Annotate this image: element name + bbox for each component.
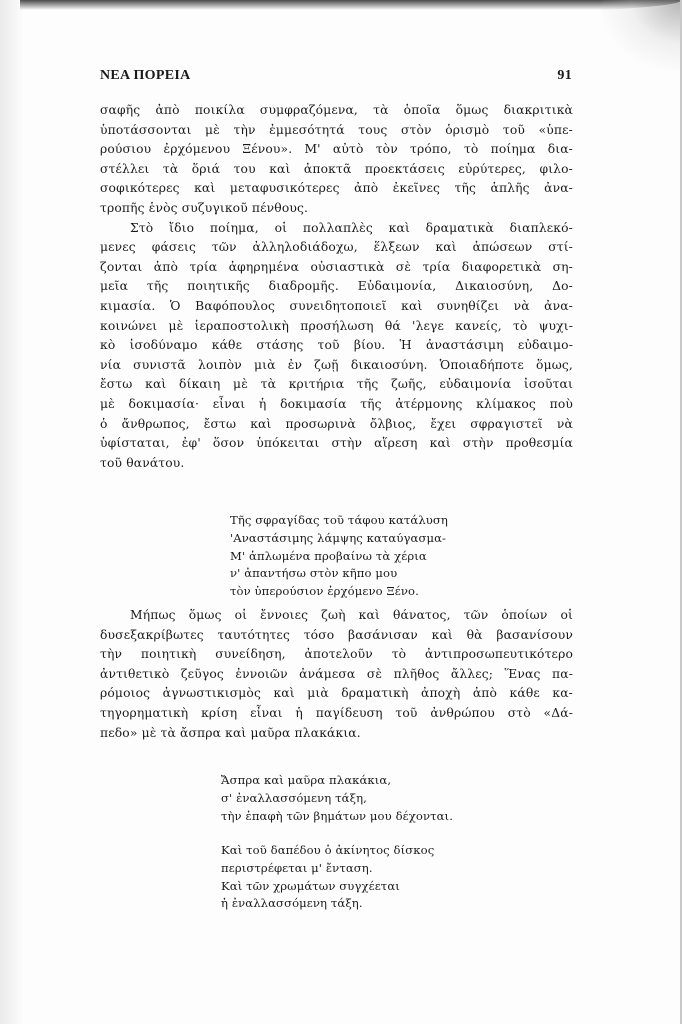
verse-line: περιστρέφεται μ' ἔνταση. (221, 860, 434, 878)
scan-shadow-corner (602, 0, 682, 70)
verse-line: ἡ ἐναλλασσόμενη τάξη. (221, 895, 434, 913)
verse-line: τὸν ὑπερούσιον ἐρχόμενο Ξένο. (230, 583, 448, 601)
text-line: ὑφίσταται, ἐφ' ὅσον ὑπόκειται στὴν αἵρεσ… (100, 434, 573, 454)
book-page: ΝΕΑ ΠΟΡΕΙΑ 91 σαφῆς ἀπὸ ποικίλα συμφραζό… (0, 0, 682, 1024)
running-header: ΝΕΑ ΠΟΡΕΙΑ 91 (100, 68, 572, 84)
body-text-section-1: σαφῆς ἀπὸ ποικίλα συμφραζόμενα, τὰ ὁποῖα… (100, 101, 573, 473)
page-number: 91 (557, 68, 572, 84)
paragraph-3: Μήπως ὅμως οἱ ἔννοιες ζωὴ καὶ θάνατος, τ… (100, 606, 573, 743)
text-line: ρόμοιος ἀγνωστικισμὸς καὶ μιὰ δραματικὴ … (100, 684, 573, 704)
paragraph-1: σαφῆς ἀπὸ ποικίλα συμφραζόμενα, τὰ ὁποῖα… (100, 101, 573, 219)
text-line: ὑποτάσσονται μὲ τὴν ἐμμεσότητά τους στὸν… (100, 121, 573, 141)
text-line: πεδο» μὲ τὰ ἄσπρα καὶ μαῦρα πλακάκια. (100, 724, 573, 744)
text-line: κὸ ἰσοδύναμο κάθε στάσης τοῦ βίου. Ἡ ἀνα… (100, 336, 573, 356)
text-line: δυσεξακρίβωτες ταυτότητες τόσο βασάνισαν… (100, 626, 573, 646)
text-line: σοφικότερες καὶ μεταφυσικότερες ἀπὸ ἐκεῖ… (100, 179, 573, 199)
text-line: κιμασία. Ὁ Βαφόπουλος συνειδητοποιεῖ καὶ… (100, 297, 573, 317)
poem-quote-3: Καὶ τοῦ δαπέδου ὁ ἀκίνητος δίσκος περιστ… (221, 842, 434, 913)
text-line: ὁ ἄνθρωπος, ἔστω καὶ προσωρινὰ ὄλβιος, ἔ… (100, 415, 573, 435)
scan-shadow-left (0, 0, 24, 1024)
poem-quote-1: Τῆς σφραγίδας τοῦ τάφου κατάλυση 'Αναστά… (230, 512, 448, 601)
text-line: νία συνιστᾶ λοιπὸν μιὰ ἐν ζωῇ δικαιοσύνη… (100, 356, 573, 376)
verse-line: 'Αναστάσιμης λάμψης καταύγασμα- (230, 530, 448, 548)
text-line: τοῦ θανάτου. (100, 454, 573, 474)
text-line: σαφῆς ἀπὸ ποικίλα συμφραζόμενα, τὰ ὁποῖα… (100, 101, 573, 121)
poem-quote-2: Ἄσπρα καὶ μαῦρα πλακάκια, σ' ἐναλλασσόμε… (221, 772, 453, 825)
scan-shadow-top (20, 0, 682, 14)
text-line: μενες φάσεις τῶν ἀλληλοδιάδοχω, ἕλξεων κ… (100, 238, 573, 258)
verse-line: ν' ἀπαντήσω στὸν κῆπο μου (230, 565, 448, 583)
journal-title: ΝΕΑ ΠΟΡΕΙΑ (100, 68, 191, 84)
verse-line: Καὶ τοῦ δαπέδου ὁ ἀκίνητος δίσκος (221, 842, 434, 860)
verse-line: Μ' ἁπλωμένα προβαίνω τὰ χέρια (230, 548, 448, 566)
text-line: κοινώνει μὲ ἱεραποστολικὴ προσήλωση θά '… (100, 317, 573, 337)
text-line: τροπῆς ἑνὸς συζυγικοῦ πένθους. (100, 199, 573, 219)
text-line: στέλλει τὰ ὅριά του καὶ ἀποκτᾶ προεκτάσε… (100, 160, 573, 180)
text-line: Στὸ ἴδιο ποίημα, οἱ πολλαπλὲς καὶ δραματ… (100, 219, 573, 239)
paragraph-2: Στὸ ἴδιο ποίημα, οἱ πολλαπλὲς καὶ δραματ… (100, 219, 573, 474)
verse-line: Τῆς σφραγίδας τοῦ τάφου κατάλυση (230, 512, 448, 530)
text-line: ρούσιου ἐρχόμενου Ξένου». Μ' αὐτὸ τὸν τρ… (100, 140, 573, 160)
verse-line: τὴν ἐπαφὴ τῶν βημάτων μου δέχονται. (221, 808, 453, 826)
verse-line: Ἄσπρα καὶ μαῦρα πλακάκια, (221, 772, 453, 790)
text-line: ζονται ἀπὸ τρία ἀφηρημένα οὐσιαστικὰ σὲ … (100, 258, 573, 278)
text-line: τὴν ποιητικὴ συνείδηση, ἀποτελοῦν τὸ ἀντ… (100, 645, 573, 665)
text-line: μὲ δοκιμασία· εἶναι ἡ δοκιμασία τῆς ἀτέρ… (100, 395, 573, 415)
verse-line: σ' ἐναλλασσόμενη τάξη, (221, 790, 453, 808)
text-line: Μήπως ὅμως οἱ ἔννοιες ζωὴ καὶ θάνατος, τ… (100, 606, 573, 626)
verse-line: Καὶ τῶν χρωμάτων συγχέεται (221, 878, 434, 896)
text-line: ἔστω καὶ δίκαιη μὲ τὰ κριτήρια τῆς ζωῆς,… (100, 375, 573, 395)
text-line: μεῖα τῆς ποιητικῆς διαδρομῆς. Εὐδαιμονία… (100, 277, 573, 297)
text-line: τηγορηματικὴ κρίση εἶναι ἡ παγίδευση τοῦ… (100, 704, 573, 724)
text-line: ἀντιθετικὸ ζεῦγος ἐννοιῶν ἀνάμεσα σὲ πλῆ… (100, 665, 573, 685)
